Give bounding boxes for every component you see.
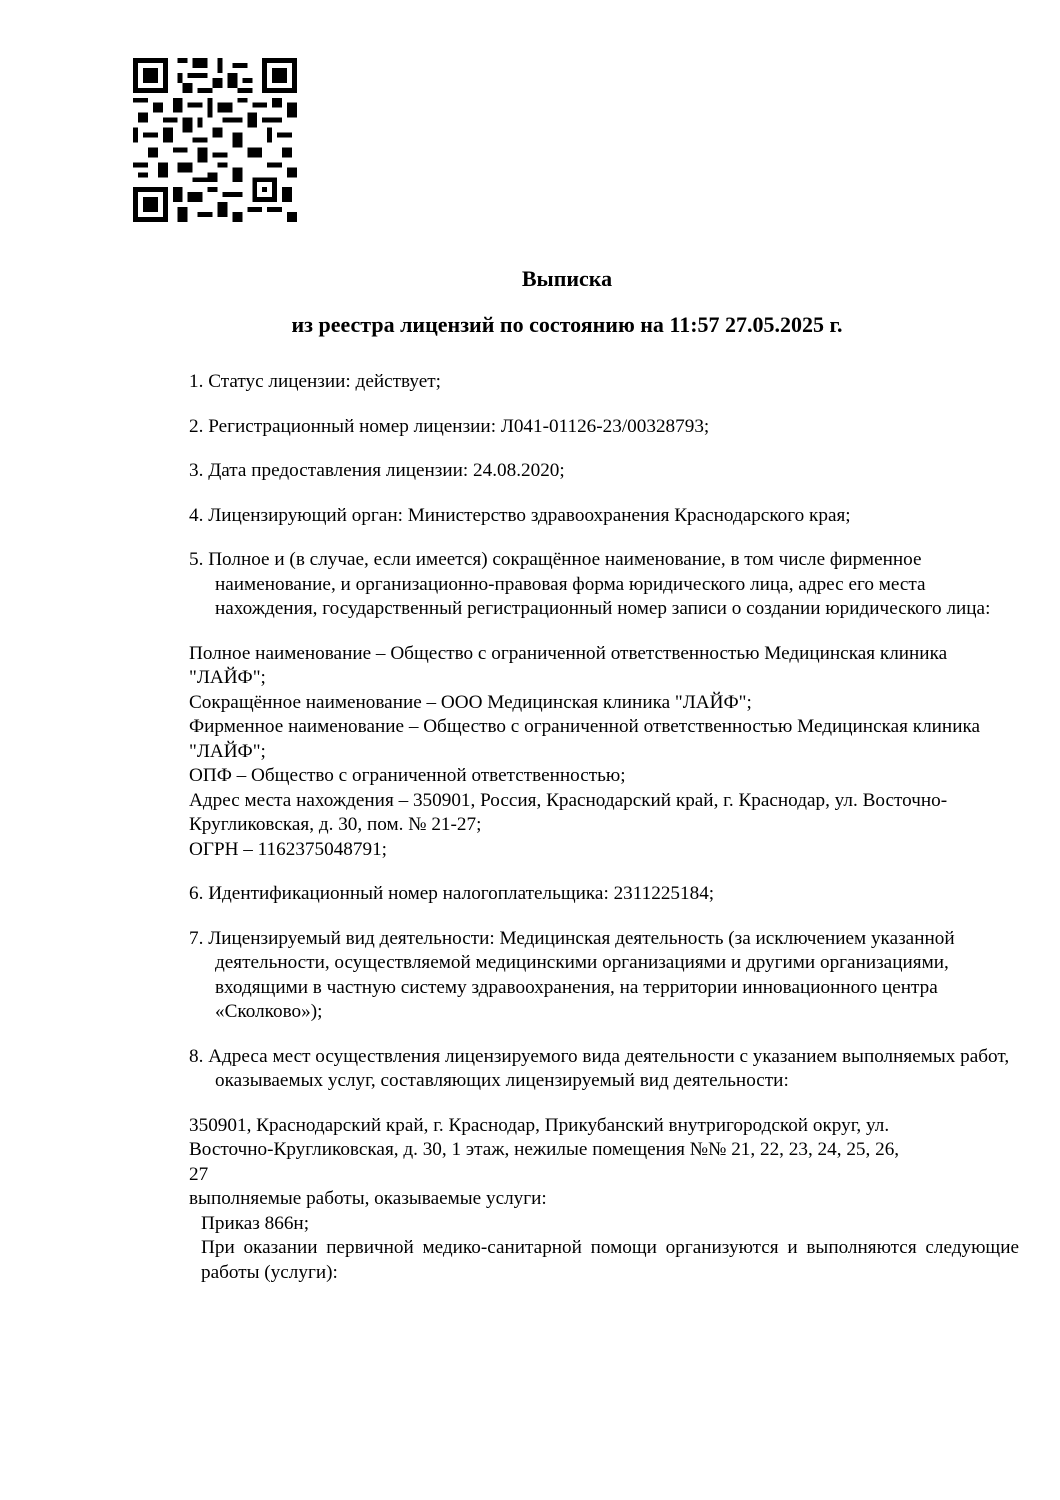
item-licensing-authority: 4. Лицензирующий орган: Министерство здр… (189, 504, 1019, 529)
item-inn: 6. Идентификационный номер налогоплатель… (189, 882, 1019, 907)
item-number: 2. (189, 416, 203, 437)
item-text: Регистрационный номер лицензии: Л041-011… (208, 416, 709, 437)
item-activity-addresses: 8. Адреса мест осуществления лицензируем… (189, 1045, 1019, 1094)
order-reference: Приказ 866н; (201, 1212, 1019, 1237)
item-number: 7. (189, 928, 203, 949)
services-label: выполняемые работы, оказываемые услуги: (189, 1187, 1019, 1212)
item-registration-number: 2. Регистрационный номер лицензии: Л041-… (189, 415, 1019, 440)
item-activity-type: 7. Лицензируемый вид деятельности: Медиц… (189, 927, 1019, 1025)
item-number: 8. (189, 1046, 203, 1067)
item-text: Дата предоставления лицензии: 24.08.2020… (208, 460, 565, 481)
org-short-name: Сокращённое наименование – ООО Медицинск… (189, 691, 1019, 716)
item-text: Лицензируемый вид деятельности: Медицинс… (208, 928, 954, 1023)
item-number: 5. (189, 549, 203, 570)
item-text: Статус лицензии: действует; (208, 371, 441, 392)
document-title: Выписка (0, 266, 1060, 292)
organization-details: Полное наименование – Общество с огранич… (189, 642, 1019, 863)
item-number: 6. (189, 883, 203, 904)
qr-code (133, 58, 297, 222)
org-opf: ОПФ – Общество с ограниченной ответствен… (189, 764, 1019, 789)
item-text: Лицензирующий орган: Министерство здраво… (208, 505, 850, 526)
org-brand-name: Фирменное наименование – Общество с огра… (189, 715, 1019, 764)
services-list: Приказ 866н; При оказании первичной меди… (189, 1212, 1019, 1286)
document-body: 1. Статус лицензии: действует; 2. Регист… (189, 370, 1019, 1305)
item-license-status: 1. Статус лицензии: действует; (189, 370, 1019, 395)
services-intro: При оказании первичной медико-санитарной… (201, 1236, 1019, 1285)
activity-location: 350901, Краснодарский край, г. Краснодар… (189, 1114, 1019, 1286)
item-text: Адреса мест осуществления лицензируемого… (208, 1046, 1009, 1092)
org-address: Адрес места нахождения – 350901, Россия,… (189, 789, 1019, 838)
location-address-line: Восточно-Кругликовская, д. 30, 1 этаж, н… (189, 1138, 1019, 1163)
location-address-line: 27 (189, 1163, 1019, 1188)
item-issue-date: 3. Дата предоставления лицензии: 24.08.2… (189, 459, 1019, 484)
org-full-name: Полное наименование – Общество с огранич… (189, 642, 1019, 691)
item-text: Полное и (в случае, если имеется) сокращ… (208, 549, 990, 619)
location-address-line: 350901, Краснодарский край, г. Краснодар… (189, 1114, 1019, 1139)
item-number: 3. (189, 460, 203, 481)
item-text: Идентификационный номер налогоплательщик… (208, 883, 714, 904)
document-subtitle: из реестра лицензий по состоянию на 11:5… (0, 312, 1060, 338)
item-number: 1. (189, 371, 203, 392)
item-organization-heading: 5. Полное и (в случае, если имеется) сок… (189, 548, 1019, 622)
qr-code-icon (133, 58, 297, 222)
item-number: 4. (189, 505, 203, 526)
org-ogrn: ОГРН – 1162375048791; (189, 838, 1019, 863)
